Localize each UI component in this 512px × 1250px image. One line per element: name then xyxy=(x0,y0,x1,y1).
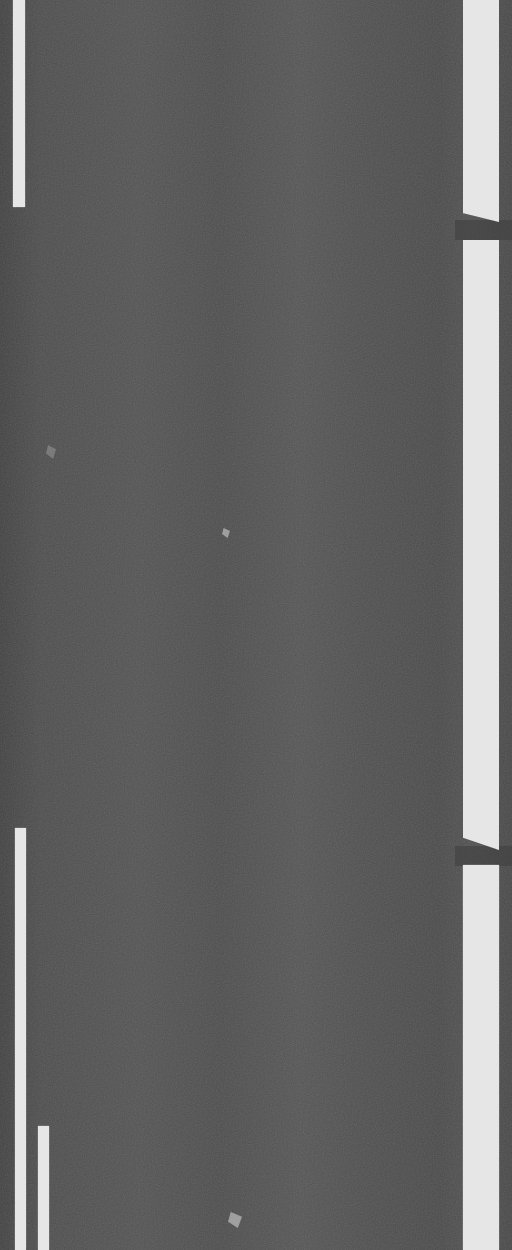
right-edge-block-1 xyxy=(463,0,499,222)
asphalt-texture xyxy=(0,0,512,1250)
left-lane-line-top xyxy=(13,0,25,207)
left-lane-line-bottom xyxy=(15,828,26,1250)
left-short-dash xyxy=(38,1126,49,1250)
right-edge-block-3 xyxy=(463,865,499,1250)
marking-gap-shadow xyxy=(455,846,512,866)
right-edge-block-2 xyxy=(463,240,499,850)
marking-gap-shadow xyxy=(455,220,512,240)
road-aerial-photo xyxy=(0,0,512,1250)
